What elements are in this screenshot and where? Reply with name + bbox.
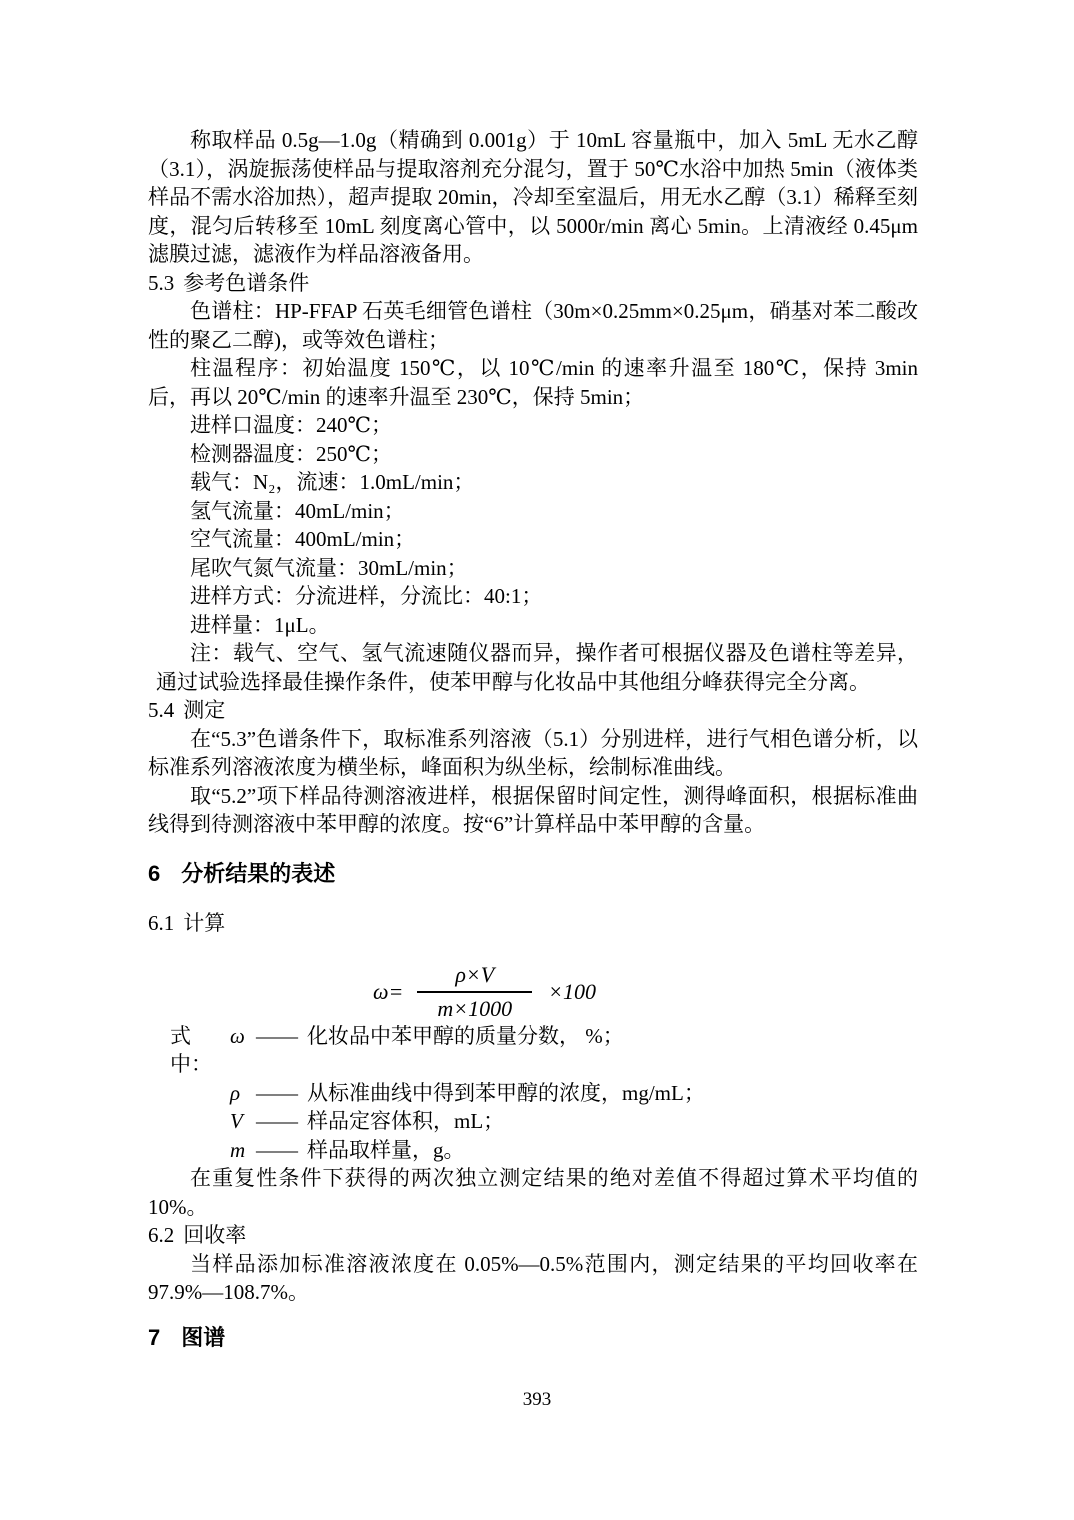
condition-injection-mode: 进样方式：分流进样，分流比：40:1； — [148, 582, 918, 611]
section-number: 6.1 — [148, 911, 174, 935]
definition-text: 样品定容体积，mL； — [307, 1107, 504, 1136]
formula-block: ω= ρ×V m×1000 ×100 — [373, 962, 596, 1022]
section-6-2-heading: 6.2回收率 — [148, 1221, 918, 1250]
section-number: 6.2 — [148, 1223, 174, 1247]
definition-symbol: ρ — [230, 1079, 256, 1108]
definition-symbol: V — [230, 1107, 256, 1136]
formula-denominator: m×1000 — [417, 993, 532, 1022]
condition-hydrogen-flow: 氢气流量：40mL/min； — [148, 497, 918, 526]
definition-symbol: m — [230, 1136, 256, 1165]
document-page: 称取样品 0.5g—1.0g（精确到 0.001g）于 10mL 容量瓶中，加入… — [0, 0, 1074, 1520]
para-note: 注：载气、空气、氢气流速随仪器而异，操作者可根据仪器及色谱柱等差异，通过试验选择… — [148, 639, 918, 696]
condition-makeup-gas-flow: 尾吹气氮气流量：30mL/min； — [148, 554, 918, 583]
definition-symbol: ω — [230, 1022, 256, 1079]
section-title: 参考色谱条件 — [183, 271, 309, 295]
para-oven-program: 柱温程序：初始温度 150℃，以 10℃/min 的速率升温至 180℃，保持 … — [148, 354, 918, 411]
section-number: 6 — [148, 861, 160, 886]
page-number: 393 — [0, 1388, 1074, 1412]
para-sample-test: 取“5.2”项下样品待测溶液进样，根据保留时间定性，测得峰面积，根据标准曲线得到… — [148, 782, 918, 839]
condition-detector-temp: 检测器温度：250℃； — [148, 440, 918, 469]
formula-omega-equals: ω= — [373, 979, 403, 1005]
section-number: 7 — [148, 1325, 160, 1350]
definitions-lead: 式中： — [148, 1022, 230, 1079]
definition-text: 化妆品中苯甲醇的质量分数， %； — [307, 1022, 624, 1079]
definition-dash: —— — [256, 1022, 298, 1079]
para-repeatability: 在重复性条件下获得的两次独立测定结果的绝对差值不得超过算术平均值的 10%。 — [148, 1164, 918, 1221]
definition-text: 样品取样量，g。 — [307, 1136, 465, 1165]
condition-inlet-temp: 进样口温度：240℃； — [148, 411, 918, 440]
section-5-4-heading: 5.4测定 — [148, 696, 918, 725]
para-recovery: 当样品添加标准溶液浓度在 0.05%—0.5%范围内，测定结果的平均回收率在 9… — [148, 1250, 918, 1307]
para-column-spec: 色谱柱：HP-FFAP 石英毛细管色谱柱（30m×0.25mm×0.25μm，硝… — [148, 297, 918, 354]
formula-numerator: ρ×V — [417, 962, 532, 993]
section-5-3-heading: 5.3参考色谱条件 — [148, 269, 918, 298]
definition-dash: —— — [256, 1107, 298, 1136]
definition-row-omega: 式中： ω —— 化妆品中苯甲醇的质量分数， %； — [148, 1022, 918, 1079]
para-sample-preparation: 称取样品 0.5g—1.0g（精确到 0.001g）于 10mL 容量瓶中，加入… — [148, 126, 918, 269]
section-title: 图谱 — [181, 1325, 225, 1350]
definition-dash: —— — [256, 1136, 298, 1165]
definitions-lead-spacer — [148, 1136, 230, 1165]
section-6-1-heading: 6.1计算 — [148, 909, 918, 938]
section-title: 分析结果的表述 — [181, 861, 335, 886]
definition-text: 从标准曲线中得到苯甲醇的浓度，mg/mL； — [307, 1079, 705, 1108]
section-title: 回收率 — [183, 1223, 246, 1247]
section-title: 测定 — [183, 698, 225, 722]
definitions-lead-spacer — [148, 1107, 230, 1136]
definition-row-m: m —— 样品取样量，g。 — [148, 1136, 918, 1165]
formula-fraction: ρ×V m×1000 — [417, 962, 532, 1022]
section-6-heading: 6分析结果的表述 — [148, 860, 918, 889]
condition-carrier-gas: 载气：N₂，流速：1.0mL/min； — [148, 468, 918, 497]
definition-row-v: V —— 样品定容体积，mL； — [148, 1107, 918, 1136]
condition-injection-volume: 进样量：1μL。 — [148, 611, 918, 640]
formula-multiplier: ×100 — [548, 979, 596, 1005]
section-title: 计算 — [183, 911, 225, 935]
section-number: 5.3 — [148, 271, 174, 295]
para-standard-curve: 在“5.3”色谱条件下，取标准系列溶液（5.1）分别进样，进行气相色谱分析，以标… — [148, 725, 918, 782]
condition-air-flow: 空气流量：400mL/min； — [148, 525, 918, 554]
definition-row-rho: ρ —— 从标准曲线中得到苯甲醇的浓度，mg/mL； — [148, 1079, 918, 1108]
section-7-heading: 7图谱 — [148, 1324, 918, 1353]
section-number: 5.4 — [148, 698, 174, 722]
definition-dash: —— — [256, 1079, 298, 1108]
page-content: 称取样品 0.5g—1.0g（精确到 0.001g）于 10mL 容量瓶中，加入… — [148, 126, 918, 1352]
definitions-lead-spacer — [148, 1079, 230, 1108]
